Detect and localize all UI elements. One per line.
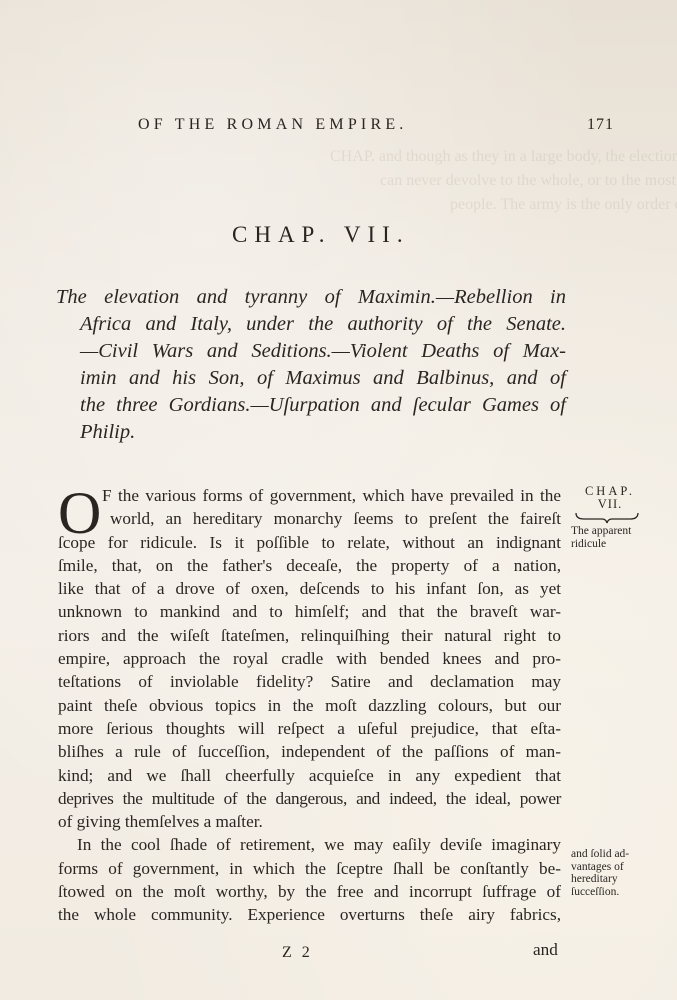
summary-line: The elevation and tyranny of Maximin.—Re… [56,284,566,311]
summary-line: —Civil Wars and Seditions.—Violent Death… [56,338,566,365]
paragraph-line: bliſhes a rule of ſucceſſion, independen… [58,740,561,763]
margin-note-line: The apparent [571,525,671,538]
paragraph-line: teſtations of inviolable fidelity? Satir… [58,670,561,693]
chapter-title: CHAP. VII. [232,222,410,248]
paragraph-line: the whole community. Experience overturn… [58,903,561,926]
signature-mark: Z 2 [282,944,313,962]
paragraph-line: ſmile, that, on the father's deceaſe, th… [58,554,561,577]
summary-line: imin and his Son, of Maximus and Balbinu… [56,365,566,392]
paragraph-line: F the various forms of government, which… [58,484,561,507]
paragraph-line: kind; and we ſhall cheerfully acquieſce … [58,764,561,787]
running-head: OF THE ROMAN EMPIRE. [138,116,408,134]
margin-note-apparent-ridicule: The apparent ridicule [571,525,671,550]
show-through-text: can never devolve to the whole, or to th… [380,172,677,190]
page-number: 171 [587,116,614,134]
paragraph-line: more ſerious thoughts will reſpect a uſe… [58,717,561,740]
paragraph-line: forms of government, in which the ſceptr… [58,857,561,880]
margin-note-line: hereditary [571,873,671,886]
paragraph-line: of giving themſelves a maſter. [58,810,561,833]
paragraph-line: paint theſe obvious topics in the moſt d… [58,694,561,717]
paragraph-line: In the cool ſhade of retirement, we may … [58,833,561,856]
summary-line: Africa and Italy, under the authority of… [56,311,566,338]
summary-line: Philip. [56,419,566,446]
show-through-text: CHAP. and though as they in a large body… [330,148,677,166]
margin-note-line: and ſolid ad- [571,848,671,861]
book-page: CHAP. and though as they in a large body… [0,0,677,1000]
paragraph-line: world, an hereditary monarchy ſeems to p… [58,507,561,530]
brace-icon [574,512,640,524]
body-text: F the various forms of government, which… [58,484,561,927]
paragraph-line: empire, approach the royal cradle with b… [58,647,561,670]
catchword: and [533,940,558,960]
margin-note-solid-advantages: and ſolid ad- vantages of hereditary ſuc… [571,848,671,898]
margin-note-line: ridicule [571,538,671,551]
show-through-text: people. The army is the only order of me… [450,196,677,214]
paragraph-line: ſcope for ridicule. Is it poſſible to re… [58,531,561,554]
paragraph-line: like that of a drove of oxen, deſcends t… [58,577,561,600]
margin-chap-number: VII. [575,498,645,511]
margin-note-line: ſucceſſion. [571,886,671,899]
summary-line: the three Gordians.—Uſurpation and ſecul… [56,392,566,419]
margin-note-line: vantages of [571,861,671,874]
paragraph-line: unknown to mankind and to himſelf; and t… [58,600,561,623]
paragraph-line: deprives the multitude of the dangerous,… [58,787,561,810]
paragraph-line: riors and the wiſeſt ſtateſmen, relinqui… [58,624,561,647]
chapter-summary: The elevation and tyranny of Maximin.—Re… [56,284,566,446]
margin-chapter-label: CHAP. VII. [575,485,645,511]
paragraph-line: ſtowed on the moſt worthy, by the free a… [58,880,561,903]
